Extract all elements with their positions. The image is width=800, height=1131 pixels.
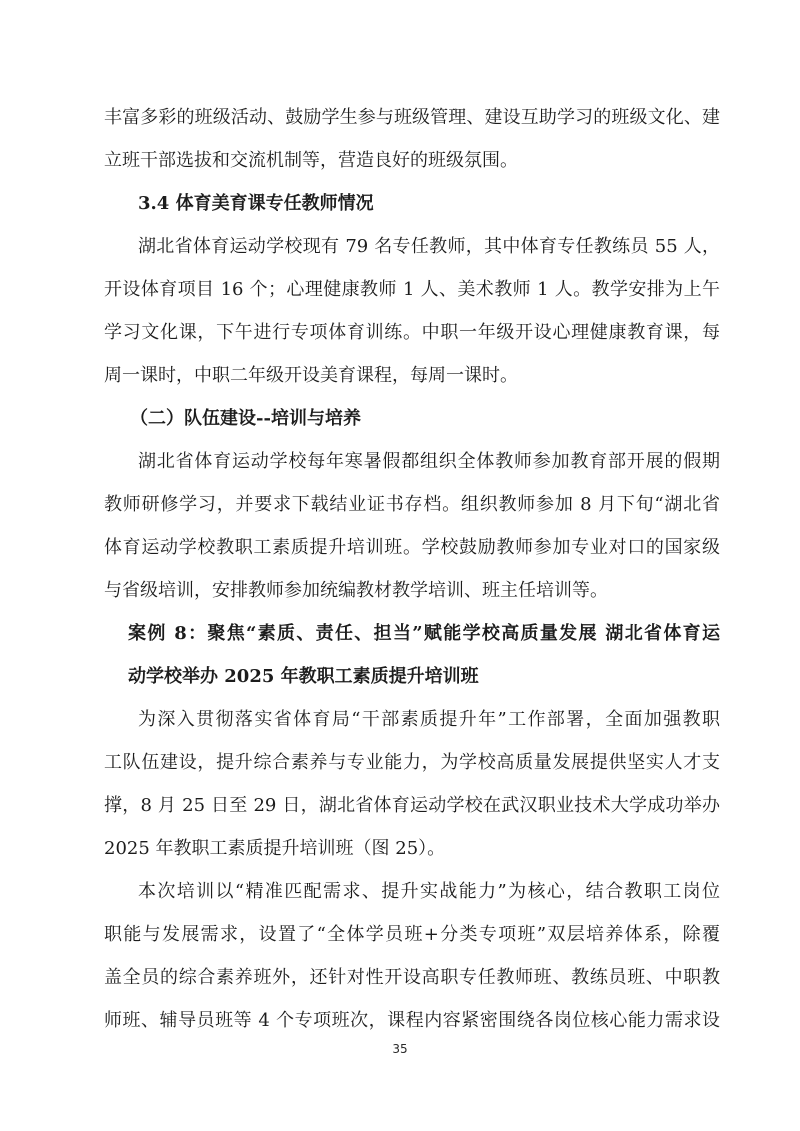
section-heading-3-4: 3.4 体育美育课专任教师情况 [104, 182, 720, 225]
text-line: 师班、辅导员班等 4 个专项班次，课程内容紧密围绕各岗位核心能力需求设 [104, 999, 720, 1042]
text-line: 湖北省体育运动学校现有 79 名专任教师，其中体育专任教练员 55 人， [104, 225, 720, 268]
text-line: 周一课时，中职二年级开设美育课程，每周一课时。 [104, 354, 720, 397]
text-line: 立班干部选拔和交流机制等，营造良好的班级氛围。 [104, 139, 720, 182]
document-body: 丰富多彩的班级活动、鼓励学生参与班级管理、建设互助学习的班级文化、建 立班干部选… [104, 96, 720, 1042]
text-line: 盖全员的综合素养班外，还针对性开设高职专任教师班、教练员班、中职教 [104, 956, 720, 999]
text-line: 职能与发展需求，设置了“全体学员班+分类专项班”双层培养体系，除覆 [104, 913, 720, 956]
text-line: 教师研修学习，并要求下载结业证书存档。组织教师参加 8 月下旬“湖北省 [104, 483, 720, 526]
text-line: 学习文化课，下午进行专项体育训练。中职一年级开设心理健康教育课，每 [104, 311, 720, 354]
text-line: 丰富多彩的班级活动、鼓励学生参与班级管理、建设互助学习的班级文化、建 [104, 96, 720, 139]
text-line: 撑，8 月 25 日至 29 日，湖北省体育运动学校在武汉职业技术大学成功举办 [104, 784, 720, 827]
text-line: 开设体育项目 16 个；心理健康教师 1 人、美术教师 1 人。教学安排为上午 [104, 268, 720, 311]
case-heading: 案例 8：聚焦“素质、责任、担当”赋能学校高质量发展 湖北省体育运 [128, 612, 720, 655]
text-line: 本次培训以“精准匹配需求、提升实战能力”为核心，结合教职工岗位 [104, 870, 720, 913]
text-line: 与省级培训，安排教师参加统编教材教学培训、班主任培训等。 [104, 569, 720, 612]
text-line: 2025 年教职工素质提升培训班（图 25）。 [104, 827, 720, 870]
text-line: 湖北省体育运动学校每年寒暑假都组织全体教师参加教育部开展的假期 [104, 440, 720, 483]
document-page: 丰富多彩的班级活动、鼓励学生参与班级管理、建设互助学习的班级文化、建 立班干部选… [0, 0, 800, 1131]
text-line: 体育运动学校教职工素质提升培训班。学校鼓励教师参加专业对口的国家级 [104, 526, 720, 569]
section-heading-two: （二）队伍建设--培训与培养 [104, 397, 720, 440]
text-line: 工队伍建设，提升综合素养与专业能力，为学校高质量发展提供坚实人才支 [104, 741, 720, 784]
page-number: 35 [0, 1042, 800, 1056]
text-line: 为深入贯彻落实省体育局“干部素质提升年”工作部署，全面加强教职 [104, 698, 720, 741]
case-heading: 动学校举办 2025 年教职工素质提升培训班 [128, 655, 720, 698]
